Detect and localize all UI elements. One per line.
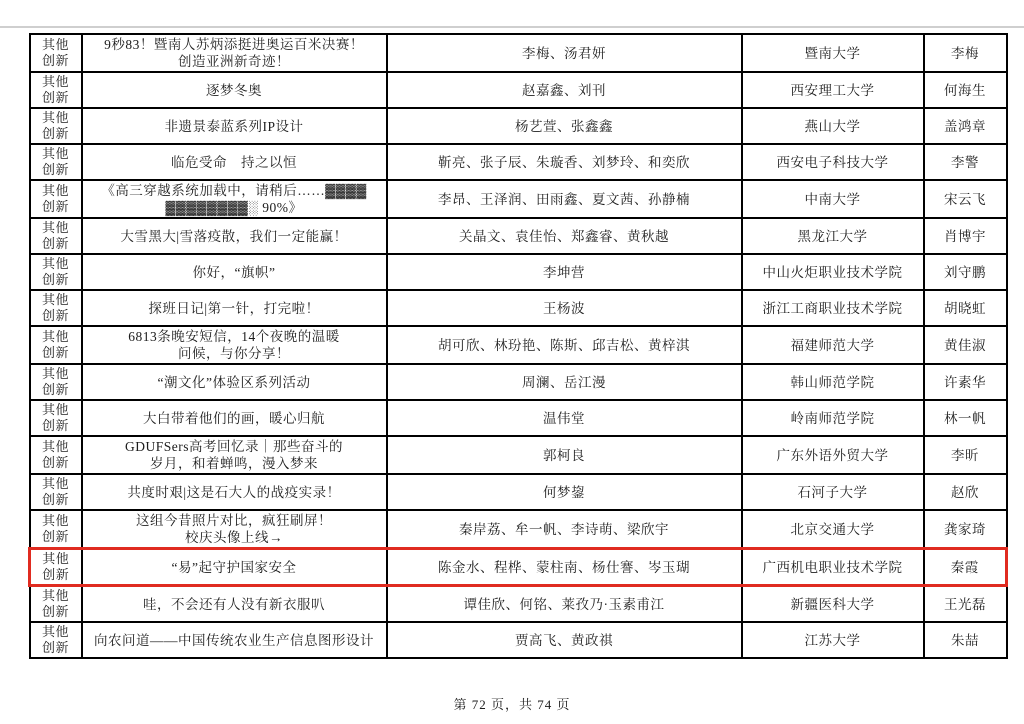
advisor-cell: 何海生	[924, 72, 1007, 108]
title-cell: “潮文化”体验区系列活动	[82, 364, 387, 400]
university-cell: 燕山大学	[742, 108, 924, 144]
title-cell: 9秒83！暨南人苏炳添挺进奥运百米决赛！ 创造亚洲新奇迹！	[82, 34, 387, 72]
title-cell: 这组今昔照片对比，疯狂刷屏！ 校庆头像上线→	[82, 510, 387, 549]
table-row: 其他 创新这组今昔照片对比，疯狂刷屏！ 校庆头像上线→秦岸荔、牟一帆、李诗萌、梁…	[30, 510, 1007, 549]
table-row: 其他 创新GDUFSers高考回忆录｜那些奋斗的 岁月，和着蝉鸣，漫入梦来郭柯良…	[30, 436, 1007, 474]
authors-cell: 杨艺萱、张鑫鑫	[387, 108, 742, 144]
authors-cell: 谭佳欣、何铭、莱孜乃·玉素甫江	[387, 586, 742, 623]
authors-cell: 李昂、王泽润、田雨鑫、夏文茜、孙静楠	[387, 180, 742, 218]
advisor-cell: 朱喆	[924, 622, 1007, 658]
category-cell: 其他 创新	[30, 180, 82, 218]
category-cell: 其他 创新	[30, 436, 82, 474]
university-cell: 江苏大学	[742, 622, 924, 658]
page-number-footer: 第 72 页，共 74 页	[0, 694, 1024, 713]
table-row: 其他 创新逐梦冬奥赵嘉鑫、刘刊西安理工大学何海生	[30, 72, 1007, 108]
university-cell: 福建师范大学	[742, 326, 924, 364]
table-row: 其他 创新临危受命 持之以恒靳亮、张子辰、朱璇香、刘梦玲、和奕欣西安电子科技大学…	[30, 144, 1007, 180]
title-cell: 共度时艰|这是石大人的战疫实录！	[82, 474, 387, 510]
category-cell: 其他 创新	[30, 254, 82, 290]
advisor-cell: 李警	[924, 144, 1007, 180]
advisor-cell: 宋云飞	[924, 180, 1007, 218]
university-cell: 广东外语外贸大学	[742, 436, 924, 474]
table-row: 其他 创新你好，“旗帜”李坤营中山火炬职业技术学院刘守鹏	[30, 254, 1007, 290]
university-cell: 西安理工大学	[742, 72, 924, 108]
category-cell: 其他 创新	[30, 34, 82, 72]
advisor-cell: 龚家琦	[924, 510, 1007, 549]
advisor-cell: 李梅	[924, 34, 1007, 72]
title-cell: 探班日记|第一针，打完啦！	[82, 290, 387, 326]
table-row: 其他 创新哇，不会还有人没有新衣服叭谭佳欣、何铭、莱孜乃·玉素甫江新疆医科大学王…	[30, 586, 1007, 623]
title-cell: “易”起守护国家安全	[82, 549, 387, 586]
authors-cell: 温伟堂	[387, 400, 742, 436]
authors-cell: 靳亮、张子辰、朱璇香、刘梦玲、和奕欣	[387, 144, 742, 180]
table-row: 其他 创新非遗景泰蓝系列IP设计杨艺萱、张鑫鑫燕山大学盖鸿章	[30, 108, 1007, 144]
advisor-cell: 秦霞	[924, 549, 1007, 586]
table-row: 其他 创新9秒83！暨南人苏炳添挺进奥运百米决赛！ 创造亚洲新奇迹！李梅、汤君妍…	[30, 34, 1007, 72]
authors-cell: 关晶文、袁佳怡、郑鑫睿、黄秋越	[387, 218, 742, 254]
advisor-cell: 胡晓虹	[924, 290, 1007, 326]
advisor-cell: 肖博宇	[924, 218, 1007, 254]
university-cell: 岭南师范学院	[742, 400, 924, 436]
title-cell: 非遗景泰蓝系列IP设计	[82, 108, 387, 144]
title-cell: 你好，“旗帜”	[82, 254, 387, 290]
table-row: 其他 创新《高三穿越系统加载中，请稍后……▓▓▓▓ ▓▓▓▓▓▓▓▓░ 90%》…	[30, 180, 1007, 218]
university-cell: 中山火炬职业技术学院	[742, 254, 924, 290]
authors-cell: 贾高飞、黄政祺	[387, 622, 742, 658]
university-cell: 韩山师范学院	[742, 364, 924, 400]
advisor-cell: 盖鸿章	[924, 108, 1007, 144]
category-cell: 其他 创新	[30, 586, 82, 623]
category-cell: 其他 创新	[30, 549, 82, 586]
page-top-divider	[0, 26, 1024, 28]
university-cell: 新疆医科大学	[742, 586, 924, 623]
title-cell: 《高三穿越系统加载中，请稍后……▓▓▓▓ ▓▓▓▓▓▓▓▓░ 90%》	[82, 180, 387, 218]
table-row: 其他 创新共度时艰|这是石大人的战疫实录！何梦鋆石河子大学赵欣	[30, 474, 1007, 510]
university-cell: 浙江工商职业技术学院	[742, 290, 924, 326]
award-table: 其他 创新9秒83！暨南人苏炳添挺进奥运百米决赛！ 创造亚洲新奇迹！李梅、汤君妍…	[28, 33, 1008, 659]
category-cell: 其他 创新	[30, 144, 82, 180]
title-cell: 大雪黑大|雪落疫散，我们一定能赢！	[82, 218, 387, 254]
advisor-cell: 刘守鹏	[924, 254, 1007, 290]
category-cell: 其他 创新	[30, 510, 82, 549]
title-cell: 临危受命 持之以恒	[82, 144, 387, 180]
table-row: 其他 创新“潮文化”体验区系列活动周澜、岳江漫韩山师范学院许素华	[30, 364, 1007, 400]
authors-cell: 何梦鋆	[387, 474, 742, 510]
university-cell: 西安电子科技大学	[742, 144, 924, 180]
category-cell: 其他 创新	[30, 108, 82, 144]
table-row: 其他 创新向农问道——中国传统农业生产信息图形设计贾高飞、黄政祺江苏大学朱喆	[30, 622, 1007, 658]
advisor-cell: 李昕	[924, 436, 1007, 474]
title-cell: 6813条晚安短信，14个夜晚的温暖 问候，与你分享！	[82, 326, 387, 364]
category-cell: 其他 创新	[30, 218, 82, 254]
authors-cell: 胡可欣、林玢艳、陈斯、邱吉松、黄梓淇	[387, 326, 742, 364]
title-cell: 向农问道——中国传统农业生产信息图形设计	[82, 622, 387, 658]
category-cell: 其他 创新	[30, 290, 82, 326]
authors-cell: 李梅、汤君妍	[387, 34, 742, 72]
category-cell: 其他 创新	[30, 474, 82, 510]
authors-cell: 陈金水、程桦、蒙柱南、杨仕謇、岑玉瑚	[387, 549, 742, 586]
title-cell: 哇，不会还有人没有新衣服叭	[82, 586, 387, 623]
table-row-highlighted: 其他 创新“易”起守护国家安全陈金水、程桦、蒙柱南、杨仕謇、岑玉瑚广西机电职业技…	[30, 549, 1007, 586]
document-page: 其他 创新9秒83！暨南人苏炳添挺进奥运百米决赛！ 创造亚洲新奇迹！李梅、汤君妍…	[0, 0, 1024, 724]
category-cell: 其他 创新	[30, 72, 82, 108]
university-cell: 广西机电职业技术学院	[742, 549, 924, 586]
authors-cell: 李坤营	[387, 254, 742, 290]
university-cell: 黑龙江大学	[742, 218, 924, 254]
table-row: 其他 创新大雪黑大|雪落疫散，我们一定能赢！关晶文、袁佳怡、郑鑫睿、黄秋越黑龙江…	[30, 218, 1007, 254]
category-cell: 其他 创新	[30, 326, 82, 364]
authors-cell: 赵嘉鑫、刘刊	[387, 72, 742, 108]
advisor-cell: 黄佳淑	[924, 326, 1007, 364]
table-row: 其他 创新6813条晚安短信，14个夜晚的温暖 问候，与你分享！胡可欣、林玢艳、…	[30, 326, 1007, 364]
university-cell: 中南大学	[742, 180, 924, 218]
title-cell: 大白带着他们的画，暖心归航	[82, 400, 387, 436]
university-cell: 暨南大学	[742, 34, 924, 72]
authors-cell: 王杨波	[387, 290, 742, 326]
table-row: 其他 创新大白带着他们的画，暖心归航温伟堂岭南师范学院林一帆	[30, 400, 1007, 436]
university-cell: 石河子大学	[742, 474, 924, 510]
category-cell: 其他 创新	[30, 364, 82, 400]
advisor-cell: 许素华	[924, 364, 1007, 400]
category-cell: 其他 创新	[30, 622, 82, 658]
authors-cell: 周澜、岳江漫	[387, 364, 742, 400]
advisor-cell: 林一帆	[924, 400, 1007, 436]
category-cell: 其他 创新	[30, 400, 82, 436]
title-cell: 逐梦冬奥	[82, 72, 387, 108]
award-table-body: 其他 创新9秒83！暨南人苏炳添挺进奥运百米决赛！ 创造亚洲新奇迹！李梅、汤君妍…	[30, 34, 1007, 658]
authors-cell: 郭柯良	[387, 436, 742, 474]
advisor-cell: 王光磊	[924, 586, 1007, 623]
authors-cell: 秦岸荔、牟一帆、李诗萌、梁欣宇	[387, 510, 742, 549]
advisor-cell: 赵欣	[924, 474, 1007, 510]
table-row: 其他 创新探班日记|第一针，打完啦！王杨波浙江工商职业技术学院胡晓虹	[30, 290, 1007, 326]
title-cell: GDUFSers高考回忆录｜那些奋斗的 岁月，和着蝉鸣，漫入梦来	[82, 436, 387, 474]
university-cell: 北京交通大学	[742, 510, 924, 549]
